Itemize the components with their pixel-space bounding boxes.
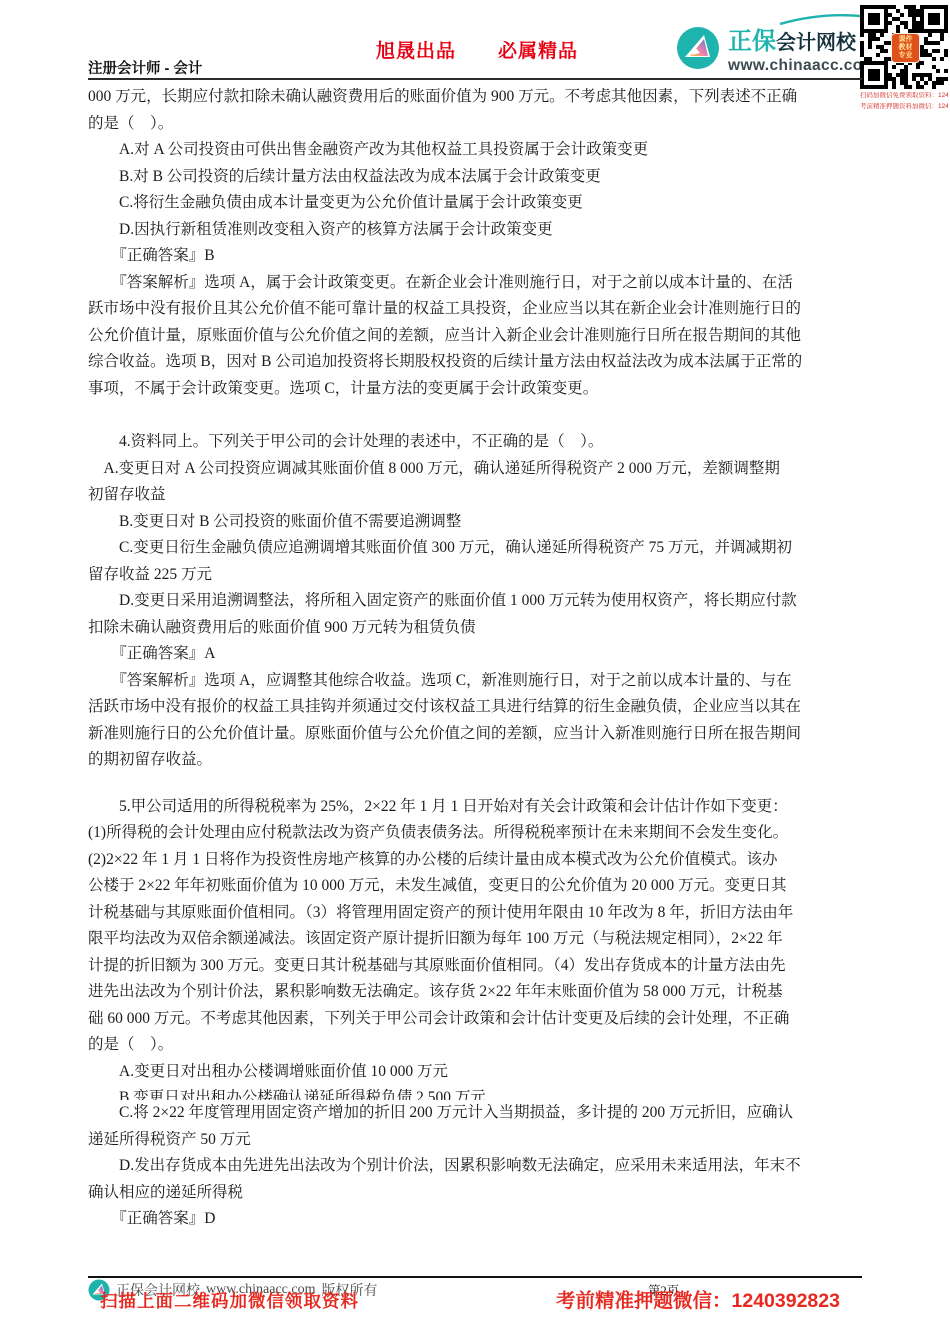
text-line: C.将衍生金融负债由成本计量变更为公允价值计量属于会计政策变更	[88, 190, 868, 217]
text-line: 『正确答案』D	[88, 1206, 868, 1233]
text-line: 跃市场中没有报价且其公允价值不能可靠计量的权益工具投资，企业应当以其在新企业会计…	[88, 296, 868, 323]
brand-name-dark: 会计网校	[776, 32, 856, 54]
text-line: 计提的折旧额为 300 万元。变更日其计税基础与其原账面价值相同。（4）发出存货…	[88, 953, 868, 980]
brand-text: 正保会计网校 www.chinaacc.com	[728, 21, 877, 75]
text-line: A.对 A 公司投资由可供出售金融资产改为其他权益工具投资属于会计政策变更	[88, 137, 868, 164]
question-5: 5.甲公司适用的所得税税率为 25%，2×22 年 1 月 1 日开始对有关会计…	[88, 794, 868, 1233]
qr-center-badge: 课件 教材 专业	[891, 33, 920, 63]
qr-badge-line: 教材	[899, 44, 913, 52]
text-line: B.变更日对出租办公楼确认递延所得税负债 2 500 万元	[88, 1085, 868, 1100]
text-line: 初留存收益	[88, 482, 868, 509]
text-line: 事项，不属于会计政策变更。选项 C，计量方法的变更属于会计政策变更。	[88, 376, 868, 403]
text-line: 扣除未确认融资费用后的账面价值 900 万元转为租赁负债	[88, 615, 868, 642]
text-line: 『正确答案』B	[88, 243, 868, 270]
text-line: 础 60 000 万元。不考虑其他因素，下列关于甲公司会计政策和会计估计变更及后…	[88, 1006, 868, 1033]
footer-wechat-tip: 考前精准押题微信：1240392823	[556, 1285, 840, 1313]
text-line: D.变更日采用追溯调整法，将所租入固定资产的账面价值 1 000 万元转为使用权…	[88, 588, 868, 615]
text-line: 公允价值计量，原账面价值与公允价值之间的差额，应当计入新企业会计准则施行日所在报…	[88, 323, 868, 350]
text-line: C.将 2×22 年度管理用固定资产增加的折旧 200 万元计入当期损益，多计提…	[88, 1100, 868, 1127]
text-line: A.变更日对 A 公司投资应调减其账面价值 8 000 万元，确认递延所得税资产…	[88, 456, 868, 483]
brand-url: www.chinaacc.com	[728, 57, 877, 75]
text-line: D.因执行新租赁准则改变租入资产的核算方法属于会计政策变更	[88, 217, 868, 244]
document-page: 旭晟出品 必属精品 正保会计网校 www.chinaacc.com	[0, 0, 950, 1344]
text-line: 『答案解析』选项 A，属于会计政策变更。在新企业会计准则施行日，对于之前以成本计…	[88, 270, 868, 297]
text-line: 综合收益。选项 B，因对 B 公司追加投资将长期股权投资的后续计量方法由权益法改…	[88, 349, 868, 376]
text-line: (1)所得税的会计处理由应付税款法改为资产负债表债务法。所得税税率预计在未来期间…	[88, 820, 868, 847]
text-line: 计税基础与其原账面价值相同。（3）将管理用固定资产的预计使用年限由 10 年改为…	[88, 900, 868, 927]
brand-logo-icon	[676, 26, 720, 70]
brand-name-teal: 正保	[728, 28, 776, 55]
text-line: 新准则施行日的公允价值计量。原账面价值与公允价值之间的差额，应当计入新准则施行日…	[88, 721, 868, 748]
text-line: 『正确答案』A	[88, 641, 868, 668]
header-slogan-right: 必属精品	[498, 36, 578, 63]
qr-caption-line1: 扫码加微信免费领取资料：1240392823	[860, 92, 948, 100]
footer-scan-tip: 扫描上面二维码加微信领取资料	[100, 1288, 359, 1313]
header-slogan-left: 旭晟出品	[376, 36, 456, 63]
text-line: C.变更日衍生金融负债应追溯调增其账面价值 300 万元，确认递延所得税资产 7…	[88, 535, 868, 562]
text-line: 的是（ ）。	[88, 1032, 868, 1059]
document-title: 注册会计师 - 会计	[88, 57, 202, 78]
text-line: 的是（ ）。	[88, 111, 868, 138]
text-line: 进先出法改为个别计价法，累积影响数无法确定。该存货 2×22 年年末账面价值为 …	[88, 979, 868, 1006]
text-line: 的期初留存收益。	[88, 747, 868, 774]
text-line: 确认相应的递延所得税	[88, 1180, 868, 1207]
exam-content: 000 万元，长期应付款扣除未确认融资费用后的账面价值为 900 万元。不考虑其…	[88, 84, 868, 1233]
text-line: (2)2×22 年 1 月 1 日将作为投资性房地产核算的办公楼的后续计量由成本…	[88, 847, 868, 874]
text-line: 『答案解析』选项 A，应调整其他综合收益。选项 C，新准则施行日，对于之前以成本…	[88, 668, 868, 695]
text-line: 5.甲公司适用的所得税税率为 25%，2×22 年 1 月 1 日开始对有关会计…	[88, 794, 868, 821]
text-line: 递延所得税资产 50 万元	[88, 1127, 868, 1154]
text-line: B.变更日对 B 公司投资的账面价值不需要追溯调整	[88, 509, 868, 536]
wechat-tip-label: 考前精准押题微信：	[556, 1290, 732, 1312]
text-line: D.发出存货成本由先进先出法改为个别计价法，因累积影响数无法确定，应采用未来适用…	[88, 1153, 868, 1180]
title-divider	[88, 78, 862, 80]
qr-badge-line: 专业	[899, 52, 913, 60]
qr-badge-line: 课件	[899, 36, 913, 44]
text-line: 活跃市场中没有报价的权益工具挂钩并须通过交付该权益工具进行结算的衍生金融负债，企…	[88, 694, 868, 721]
qr-caption-line2: 考前精准押题资料加微信：1240392823	[860, 103, 948, 111]
wechat-id: 1240392823	[732, 1290, 840, 1312]
question-4: 4.资料同上。下列关于甲公司的会计处理的表述中，不正确的是（ ）。 A.变更日对…	[88, 429, 868, 774]
text-line: 限平均法改为双倍余额递减法。该固定资产原计提折旧额为每年 100 万元（与税法规…	[88, 926, 868, 953]
qr-code: 课件 教材 专业	[860, 5, 948, 89]
footer-divider	[88, 1276, 862, 1278]
text-line: 公楼于 2×22 年年初账面价值为 10 000 万元，未发生减值，变更日的公允…	[88, 873, 868, 900]
qr-block: 课件 教材 专业 扫码加微信免费领取资料：1240392823 考前精准押题资料…	[860, 5, 948, 111]
text-line: 留存收益 225 万元	[88, 562, 868, 589]
text-line: B.对 B 公司投资的后续计量方法由权益法改为成本法属于会计政策变更	[88, 164, 868, 191]
brand-logo: 正保会计网校 www.chinaacc.com	[676, 21, 877, 75]
question-3-continuation: 000 万元，长期应付款扣除未确认融资费用后的账面价值为 900 万元。不考虑其…	[88, 84, 868, 402]
text-line: A.变更日对出租办公楼调增账面价值 10 000 万元	[88, 1059, 868, 1086]
text-line: 000 万元，长期应付款扣除未确认融资费用后的账面价值为 900 万元。不考虑其…	[88, 84, 868, 111]
text-line: 4.资料同上。下列关于甲公司的会计处理的表述中，不正确的是（ ）。	[88, 429, 868, 456]
